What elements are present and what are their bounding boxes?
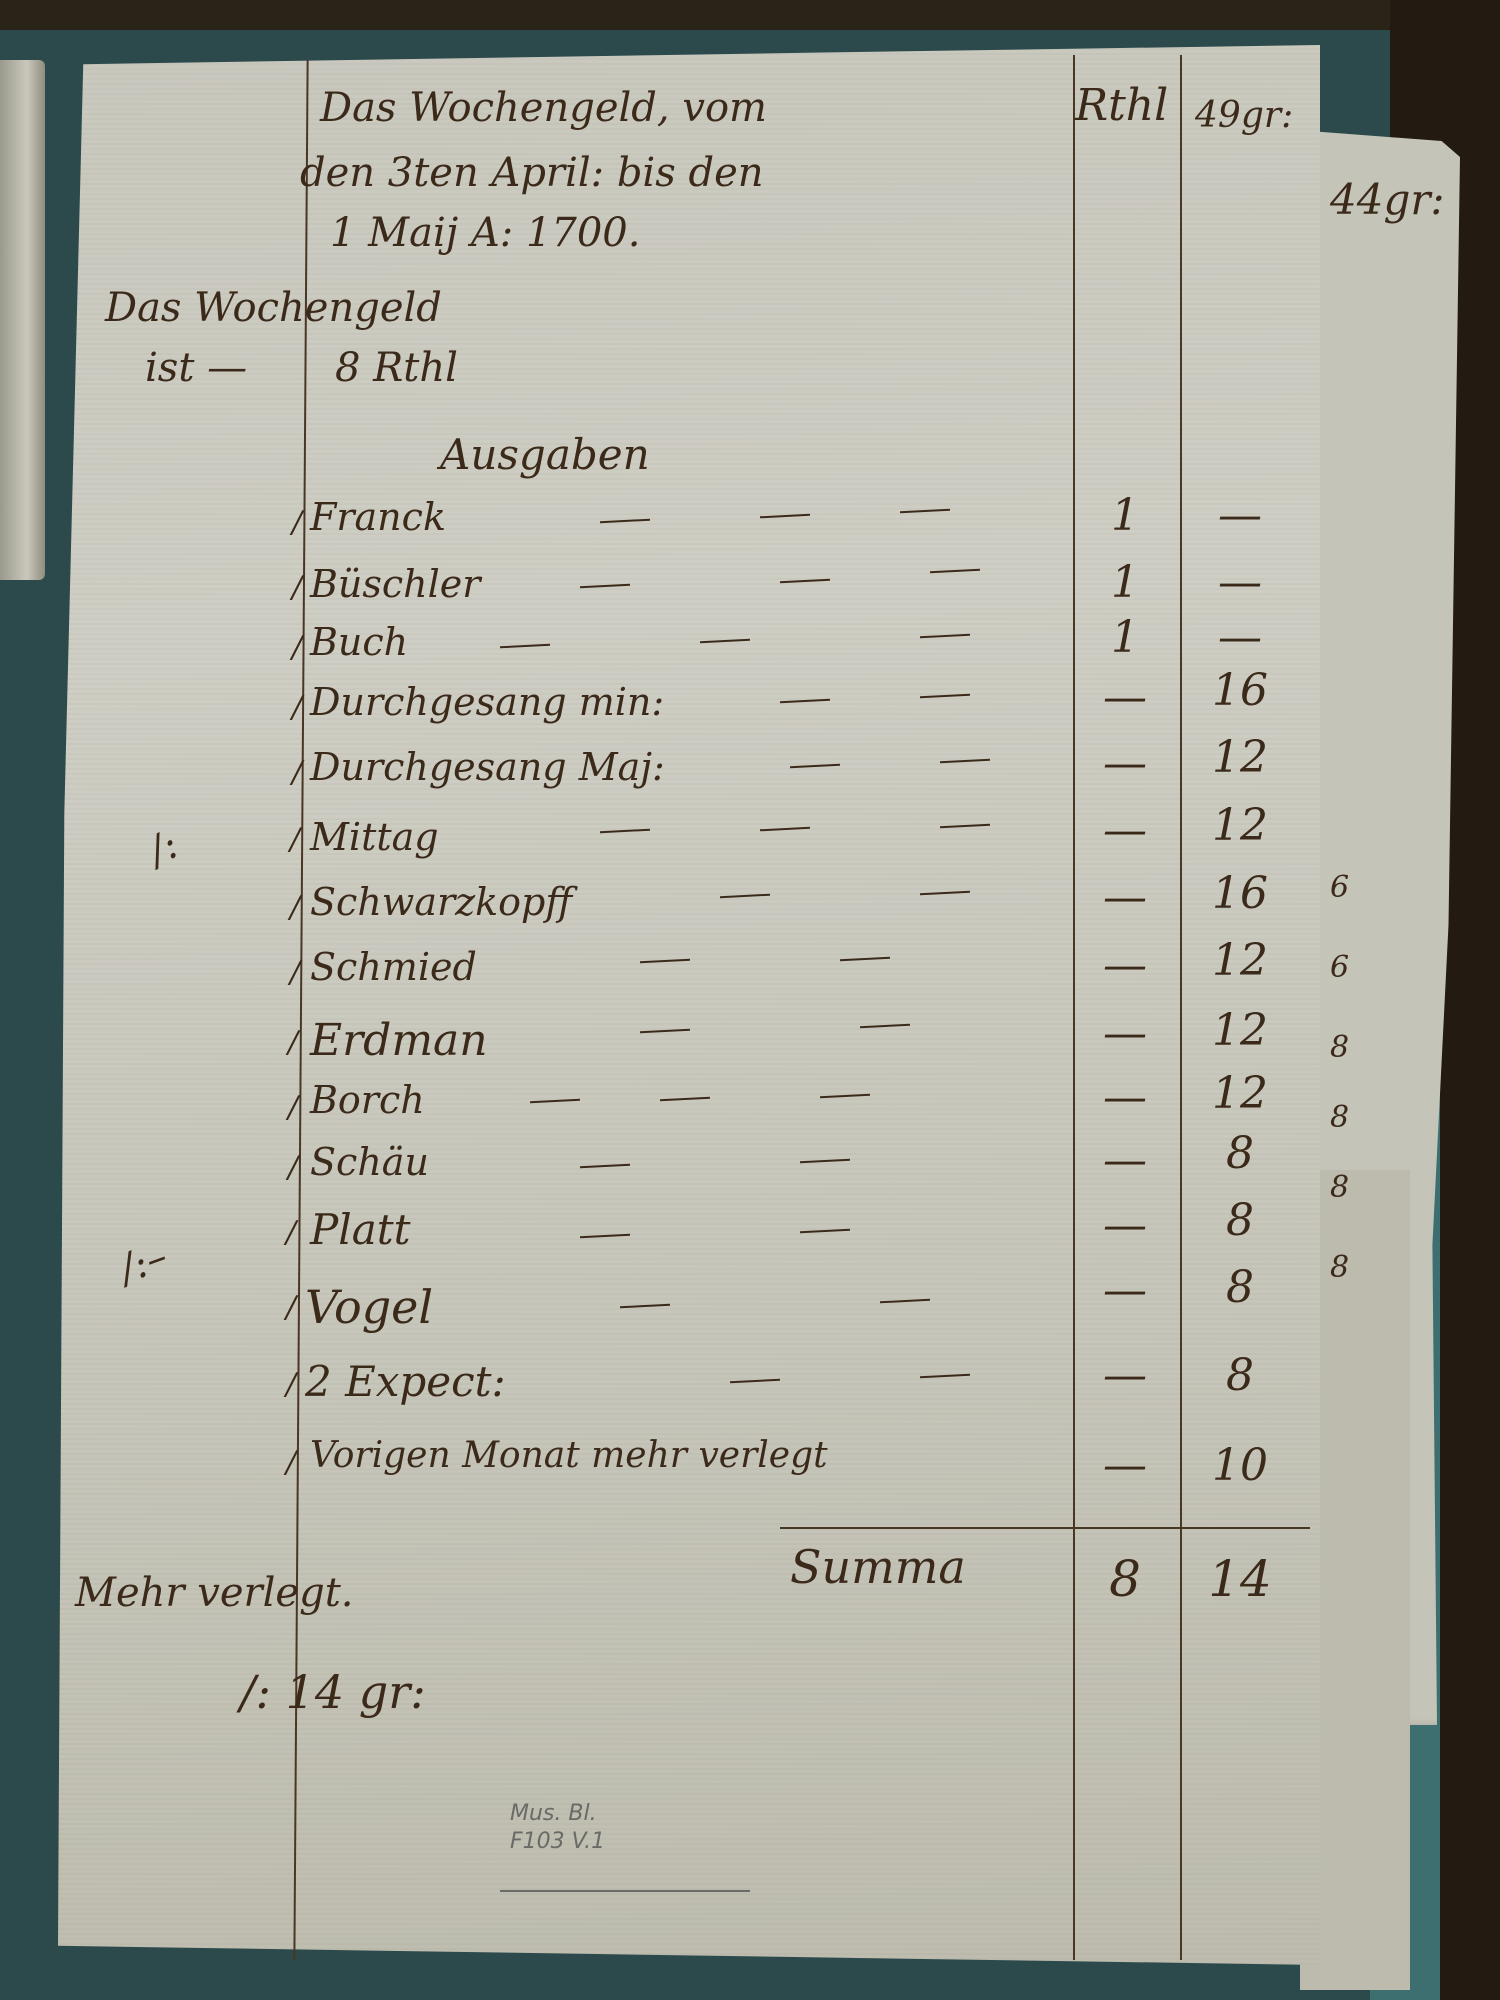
entry-name: Platt xyxy=(310,1205,411,1254)
entry-rthl: 1 xyxy=(1080,612,1170,663)
entry-rthl: — xyxy=(1080,1072,1170,1123)
entry-gr: 16 xyxy=(1195,665,1285,716)
back-page-mark: 8 xyxy=(1330,1170,1349,1205)
entry-gr: 16 xyxy=(1195,868,1285,919)
entry-gr: 8 xyxy=(1195,1128,1285,1179)
entry-name: Büschler xyxy=(310,562,480,606)
entry-gr: 12 xyxy=(1195,935,1285,986)
back-page-header-mark: 44gr: xyxy=(1330,175,1445,224)
back-page-mark: 8 xyxy=(1330,1100,1349,1135)
row-tick-mark: / xyxy=(286,1445,296,1480)
gr-column-rule xyxy=(1180,55,1182,1960)
income-separator: ist — xyxy=(145,345,247,391)
entry-name: Buch xyxy=(310,620,408,664)
entry-rthl: — xyxy=(1080,872,1170,923)
rolled-paper-left xyxy=(0,60,45,580)
entry-gr: 12 xyxy=(1195,1068,1285,1119)
summa-rthl: 8 xyxy=(1080,1550,1170,1608)
entry-gr: 8 xyxy=(1195,1195,1285,1246)
entry-name: Durchgesang Maj: xyxy=(310,745,665,789)
summa-gr: 14 xyxy=(1195,1550,1285,1608)
entry-name: Franck xyxy=(310,495,446,539)
summa-label: Summa xyxy=(790,1540,966,1594)
entry-gr: — xyxy=(1195,557,1285,608)
entry-name: Borch xyxy=(310,1078,425,1122)
back-page-mark: 6 xyxy=(1330,950,1349,985)
entry-rthl: — xyxy=(1080,1200,1170,1251)
archival-note-line-1: Mus. Bl. xyxy=(510,1800,605,1828)
row-tick-mark: / xyxy=(292,630,302,665)
entry-gr: 12 xyxy=(1195,800,1285,851)
entry-rthl: — xyxy=(1080,940,1170,991)
entry-gr: — xyxy=(1195,490,1285,541)
row-tick-mark: / xyxy=(286,1290,296,1325)
pencil-underline xyxy=(500,1890,750,1892)
header-line-1: Das Wochengeld, vom xyxy=(320,85,767,131)
row-tick-mark: / xyxy=(290,822,300,857)
back-page-mark: 6 xyxy=(1330,870,1349,905)
entry-gr: 10 xyxy=(1195,1440,1285,1491)
entry-name: Mittag xyxy=(310,815,439,859)
entry-name: Schmied xyxy=(310,945,477,989)
row-tick-mark: / xyxy=(286,1215,296,1250)
header-line-2: den 3ten April: bis den xyxy=(300,150,764,196)
row-tick-mark: / xyxy=(286,1367,296,1402)
entry-rthl: — xyxy=(1080,1350,1170,1401)
entry-name: Schäu xyxy=(310,1140,429,1184)
row-tick-mark: / xyxy=(292,505,302,540)
row-tick-mark: / xyxy=(292,690,302,725)
gr-column-heading: 49gr: xyxy=(1195,95,1293,136)
row-tick-mark: / xyxy=(292,755,302,790)
entry-gr: 12 xyxy=(1195,732,1285,783)
entry-rthl: — xyxy=(1080,805,1170,856)
entry-name: Durchgesang min: xyxy=(310,680,664,724)
section-title-ausgaben: Ausgaben xyxy=(440,430,650,479)
entry-gr: 12 xyxy=(1195,1005,1285,1056)
income-amount: 8 Rthl xyxy=(335,345,458,391)
entry-rthl: — xyxy=(1080,1265,1170,1316)
footer-note-amount: /: 14 gr: xyxy=(240,1665,426,1719)
entry-name: Vorigen Monat mehr verlegt xyxy=(310,1435,828,1476)
row-tick-mark: / xyxy=(288,1150,298,1185)
entry-rthl: 1 xyxy=(1080,490,1170,541)
archival-note-line-2: F103 V.1 xyxy=(510,1828,605,1856)
entry-gr: 8 xyxy=(1195,1350,1285,1401)
entry-rthl: — xyxy=(1080,738,1170,789)
header-line-3: 1 Maij A: 1700. xyxy=(330,210,640,256)
entry-rthl: 1 xyxy=(1080,557,1170,608)
row-tick-mark: / xyxy=(292,570,302,605)
entry-name: Schwarzkopff xyxy=(310,880,572,924)
entry-name: Vogel xyxy=(305,1280,433,1334)
entry-gr: — xyxy=(1195,612,1285,663)
rthl-column-rule xyxy=(1073,55,1075,1960)
row-tick-mark: / xyxy=(290,955,300,990)
row-tick-mark: / xyxy=(290,890,300,925)
back-page-mark: 8 xyxy=(1330,1250,1349,1285)
entry-name: Erdman xyxy=(310,1015,488,1066)
income-label: Das Wochengeld xyxy=(105,285,442,331)
summa-rule xyxy=(780,1527,1310,1529)
entry-rthl: — xyxy=(1080,1440,1170,1491)
archival-pencil-note: Mus. Bl. F103 V.1 xyxy=(510,1800,605,1856)
entry-rthl: — xyxy=(1080,1135,1170,1186)
row-tick-mark: / xyxy=(288,1025,298,1060)
rthl-column-heading: Rthl xyxy=(1075,80,1168,131)
footer-note-label: Mehr verlegt. xyxy=(75,1570,353,1616)
back-page-mark: 8 xyxy=(1330,1030,1349,1065)
entry-rthl: — xyxy=(1080,672,1170,723)
entry-rthl: — xyxy=(1080,1008,1170,1059)
background-top-edge xyxy=(0,0,1500,30)
row-tick-mark: / xyxy=(288,1090,298,1125)
entry-gr: 8 xyxy=(1195,1262,1285,1313)
entry-name: 2 Expect: xyxy=(305,1357,506,1406)
